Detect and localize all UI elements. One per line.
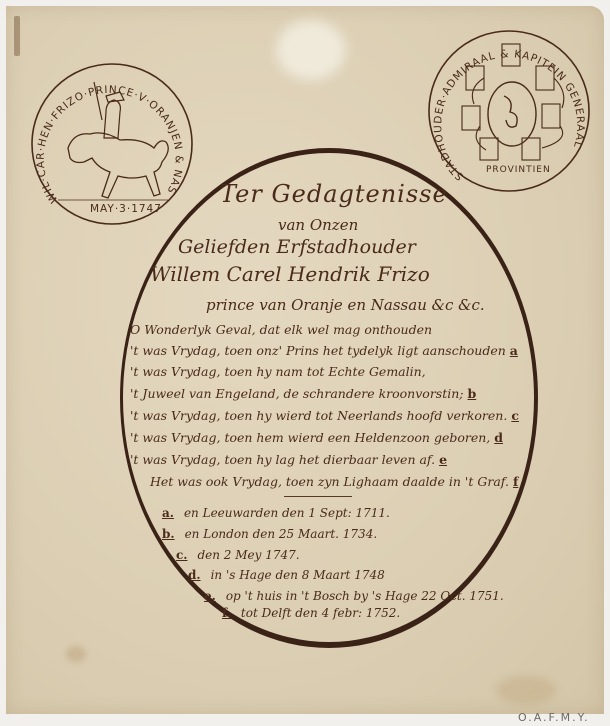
footnote-letter: d.: [188, 568, 201, 582]
left-medal: WIL·CAR·HEN·FRIZO·PRINCE·V·ORANJEN & NAS…: [28, 60, 196, 228]
footnote-mark: b: [468, 386, 477, 401]
poem-line-text: O Wonderlyk Geval, dat elk wel mag ontho…: [130, 322, 432, 337]
footnote-mark: a: [510, 343, 518, 358]
footnote-mark: d: [494, 430, 503, 445]
footnote: a.en Leeuwarden den 1 Sept: 1711.: [162, 506, 390, 520]
svg-text:STADHOUDER·ADMIRAAL & KAPITEIN: STADHOUDER·ADMIRAAL & KAPITEIN GENERAAL …: [424, 26, 586, 182]
poem-line-text: 't Juweel van Engeland, de schrandere kr…: [130, 386, 464, 401]
footnote-letter: c.: [176, 548, 187, 562]
poem-line: 't was Vrydag, toen hy nam tot Echte Gem…: [130, 364, 426, 379]
footnote: b.en London den 25 Maart. 1734.: [162, 527, 377, 541]
poem-line-text: 't was Vrydag, toen onz' Prins het tydel…: [130, 343, 506, 358]
equestrian-medal-icon: WIL·CAR·HEN·FRIZO·PRINCE·V·ORANJEN & NAS…: [28, 60, 196, 228]
poem-line-text: 't was Vrydag, toen hy lag het dierbaar …: [130, 452, 435, 467]
poem-line: 't was Vrydag, toen hy lag het dierbaar …: [130, 452, 447, 467]
heading-line-4: Willem Carel Hendrik Frizo: [150, 262, 430, 286]
poem-line-text: 't was Vrydag, toen hy nam tot Echte Gem…: [130, 364, 426, 379]
right-medal: STADHOUDER·ADMIRAAL & KAPITEIN GENERAAL …: [424, 26, 594, 196]
footnote-text: op 't huis in 't Bosch by 's Hage 22 Oct…: [226, 589, 504, 603]
poem-line-text: Het was ook Vrydag, toen zyn Lighaam daa…: [150, 474, 509, 489]
heading-line-1: Ter Gedagtenisse: [220, 180, 448, 208]
poem-line: 't Juweel van Engeland, de schrandere kr…: [130, 386, 476, 401]
heading-line-3: Geliefden Erfstadhouder: [178, 236, 416, 258]
footnote-letter: f.: [222, 606, 231, 620]
catalog-number: O.A.F.M.Y.: [518, 711, 590, 724]
poem-line: Het was ook Vrydag, toen zyn Lighaam daa…: [150, 474, 518, 489]
footnote-text: tot Delft den 4 febr: 1752.: [241, 606, 400, 620]
footnote: d.in 's Hage den 8 Maart 1748: [188, 568, 385, 582]
footnote: e.op 't huis in 't Bosch by 's Hage 22 O…: [204, 589, 504, 603]
poem-line: 't was Vrydag, toen hem wierd een Helden…: [130, 430, 503, 445]
poem-line-text: 't was Vrydag, toen hy wierd tot Neerlan…: [130, 408, 507, 423]
separator-line: [284, 496, 352, 497]
paper-stain: [496, 676, 556, 704]
left-medal-date: MAY·3·1747: [90, 203, 162, 215]
paper-stain: [66, 646, 86, 662]
footnote-mark: e: [439, 452, 447, 467]
heading-line-5: prince van Oranje en Nassau &c &c.: [206, 296, 485, 314]
footnote-letter: a.: [162, 506, 174, 520]
footnote-text: in 's Hage den 8 Maart 1748: [211, 568, 385, 582]
footnote: f.tot Delft den 4 febr: 1752.: [222, 606, 400, 620]
poem-line: 't was Vrydag, toen hy wierd tot Neerlan…: [130, 408, 519, 423]
footnote-letter: e.: [204, 589, 216, 603]
right-medal-inscription: STADHOUDER·ADMIRAAL & KAPITEIN GENERAAL …: [424, 26, 586, 182]
footnote-text: en London den 25 Maart. 1734.: [185, 527, 378, 541]
footnote-text: den 2 Mey 1747.: [197, 548, 299, 562]
coat-of-arms-icon: STADHOUDER·ADMIRAAL & KAPITEIN GENERAAL …: [424, 26, 594, 196]
footnote-mark: c: [511, 408, 519, 423]
heading-line-2: van Onzen: [278, 216, 358, 234]
footnote-letter: b.: [162, 527, 175, 541]
paper-mark: [14, 16, 20, 56]
poem-line: O Wonderlyk Geval, dat elk wel mag ontho…: [130, 322, 432, 337]
right-medal-provinces: PROVINTIEN: [486, 165, 551, 175]
footnote-mark: f: [513, 474, 518, 489]
footnote: c.den 2 Mey 1747.: [176, 548, 300, 562]
paper-stain: [276, 20, 346, 80]
poem-line: 't was Vrydag, toen onz' Prins het tydel…: [130, 343, 518, 358]
footnote-text: en Leeuwarden den 1 Sept: 1711.: [184, 506, 390, 520]
poem-line-text: 't was Vrydag, toen hem wierd een Helden…: [130, 430, 490, 445]
